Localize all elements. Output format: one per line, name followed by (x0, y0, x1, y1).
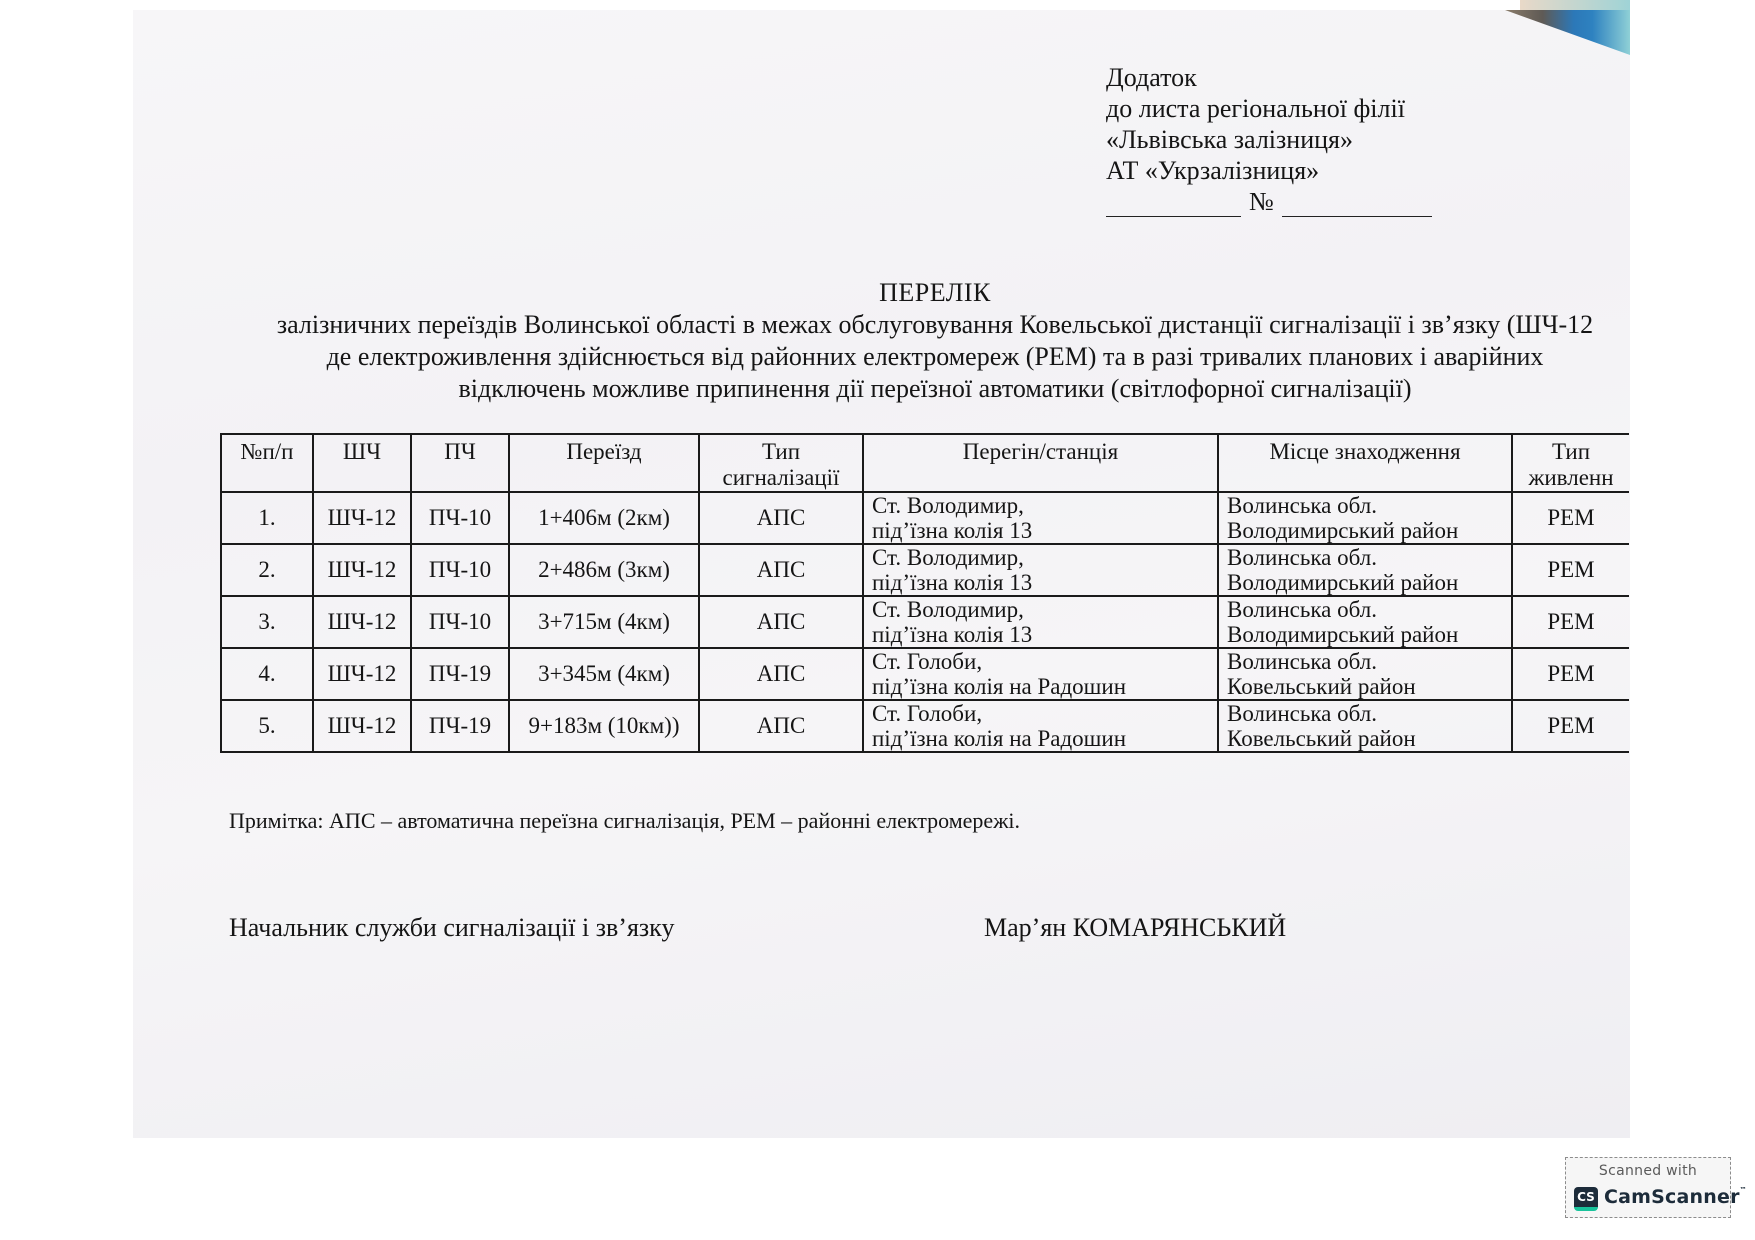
title-line: залізничних переїздів Волинської області… (200, 309, 1670, 341)
header-num: №п/п (221, 434, 313, 492)
cell-signal-type: АПС (699, 648, 863, 700)
header-shch: ШЧ (313, 434, 411, 492)
cell-signal-type: АПС (699, 492, 863, 544)
cell-crossing: 9+183м (10км)) (509, 700, 699, 752)
cell-line: Ст. Володимир, (872, 493, 1209, 518)
footnote: Примітка: АПС – автоматична переїзна сиг… (229, 808, 1020, 834)
cell-location: Волинська обл.Ковельський район (1218, 700, 1512, 752)
cell-num: 3. (221, 596, 313, 648)
cell-line: Волинська обл. (1227, 493, 1503, 518)
trademark: ™ (1740, 1186, 1747, 1194)
cell-line: Володимирський район (1227, 570, 1503, 595)
cell-num: 2. (221, 544, 313, 596)
header-station: Перегін/станція (863, 434, 1218, 492)
cell-signal-type: АПС (699, 544, 863, 596)
cell-shch: ШЧ-12 (313, 492, 411, 544)
cell-line: Ст. Володимир, (872, 545, 1209, 570)
cell-power-type: РЕМ (1512, 700, 1629, 752)
cell-num: 5. (221, 700, 313, 752)
cell-line: Ковельський район (1227, 674, 1503, 699)
cell-line: Волинська обл. (1227, 701, 1503, 726)
cell-station: Ст. Володимир,під’їзна колія 13 (863, 596, 1218, 648)
cell-pch: ПЧ-10 (411, 492, 509, 544)
signatory-name: Мар’ян КОМАРЯНСЬКИЙ (984, 913, 1286, 943)
cell-line: Ковельський район (1227, 726, 1503, 751)
cell-line: Ст. Голоби, (872, 701, 1209, 726)
cell-location: Волинська обл.Володимирський район (1218, 596, 1512, 648)
cell-pch: ПЧ-19 (411, 700, 509, 752)
cell-power-type: РЕМ (1512, 492, 1629, 544)
cell-pch: ПЧ-10 (411, 596, 509, 648)
cell-shch: ШЧ-12 (313, 544, 411, 596)
addendum-block: Додаток до листа регіональної філії «Льв… (1106, 62, 1432, 217)
title-line: де електроживлення здійснюється від райо… (200, 341, 1670, 373)
cell-line: під’їзна колія 13 (872, 518, 1209, 543)
cell-station: Ст. Володимир,під’їзна колія 13 (863, 492, 1218, 544)
title-line: відключень можливе припинення дії переїз… (200, 373, 1670, 405)
header-signal-type: Тип сигналізації (699, 434, 863, 492)
number-sign: № (1249, 186, 1274, 217)
header-line: Тип (1521, 439, 1621, 465)
cell-line: під’їзна колія на Радошин (872, 674, 1209, 699)
cell-station: Ст. Голоби,під’їзна колія на Радошин (863, 648, 1218, 700)
cell-num: 1. (221, 492, 313, 544)
crossings-table: №п/п ШЧ ПЧ Переїзд Тип сигналізації Пере… (220, 433, 1629, 753)
brand-name: CamScanner (1604, 1186, 1740, 1208)
table-row: 2.ШЧ-12ПЧ-102+486м (3км)АПССт. Володимир… (221, 544, 1629, 596)
background-photo-strip (1520, 0, 1630, 10)
cell-shch: ШЧ-12 (313, 596, 411, 648)
cell-crossing: 3+345м (4км) (509, 648, 699, 700)
cell-shch: ШЧ-12 (313, 648, 411, 700)
table-header-row: №п/п ШЧ ПЧ Переїзд Тип сигналізації Пере… (221, 434, 1629, 492)
cell-location: Волинська обл.Володимирський район (1218, 492, 1512, 544)
addendum-line: АТ «Укрзалізниця» (1106, 155, 1432, 186)
cell-crossing: 3+715м (4км) (509, 596, 699, 648)
cell-line: Волинська обл. (1227, 597, 1503, 622)
cell-pch: ПЧ-19 (411, 648, 509, 700)
cell-pch: ПЧ-10 (411, 544, 509, 596)
cell-crossing: 1+406м (2км) (509, 492, 699, 544)
cell-line: Волинська обл. (1227, 545, 1503, 570)
table-row: 1.ШЧ-12ПЧ-101+406м (2км)АПССт. Володимир… (221, 492, 1629, 544)
header-line: сигналізації (708, 465, 854, 491)
camscanner-watermark: Scanned with CS CamScanner™ (1565, 1157, 1731, 1218)
cell-line: Володимирський район (1227, 622, 1503, 647)
cell-power-type: РЕМ (1512, 596, 1629, 648)
cell-signal-type: АПС (699, 596, 863, 648)
table-row: 3.ШЧ-12ПЧ-103+715м (4км)АПССт. Володимир… (221, 596, 1629, 648)
table-row: 4.ШЧ-12ПЧ-193+345м (4км)АПССт. Голоби,пі… (221, 648, 1629, 700)
cell-location: Волинська обл.Ковельський район (1218, 648, 1512, 700)
cell-station: Ст. Голоби,під’їзна колія на Радошин (863, 700, 1218, 752)
header-crossing: Переїзд (509, 434, 699, 492)
scanned-with-label: Scanned with (1566, 1163, 1730, 1179)
document-heading: ПЕРЕЛІК (200, 277, 1670, 309)
number-blank (1282, 194, 1432, 217)
cell-crossing: 2+486м (3км) (509, 544, 699, 596)
header-line: живленн (1521, 465, 1621, 491)
cell-station: Ст. Володимир,під’їзна колія 13 (863, 544, 1218, 596)
signatory-position: Начальник служби сигналізації і зв’язку (229, 913, 674, 943)
cell-power-type: РЕМ (1512, 544, 1629, 596)
addendum-line: Додаток (1106, 62, 1432, 93)
cell-line: під’їзна колія 13 (872, 570, 1209, 595)
cell-line: Волинська обл. (1227, 649, 1503, 674)
camscanner-logo-icon: CS (1574, 1187, 1598, 1211)
cell-power-type: РЕМ (1512, 648, 1629, 700)
cell-signal-type: АПС (699, 700, 863, 752)
document-title-block: ПЕРЕЛІК залізничних переїздів Волинської… (200, 277, 1670, 405)
letter-number-line: № (1106, 186, 1432, 217)
header-location: Місце знаходження (1218, 434, 1512, 492)
date-blank (1106, 194, 1241, 217)
addendum-line: до листа регіональної філії (1106, 93, 1432, 124)
cell-line: під’їзна колія 13 (872, 622, 1209, 647)
cell-line: Володимирський район (1227, 518, 1503, 543)
header-pch: ПЧ (411, 434, 509, 492)
header-line: Тип (708, 439, 854, 465)
addendum-line: «Львівська залізниця» (1106, 124, 1432, 155)
cell-location: Волинська обл.Володимирський район (1218, 544, 1512, 596)
camscanner-brand: CamScanner™ (1604, 1186, 1747, 1208)
cell-line: Ст. Голоби, (872, 649, 1209, 674)
cell-num: 4. (221, 648, 313, 700)
cell-line: Ст. Володимир, (872, 597, 1209, 622)
table-row: 5.ШЧ-12ПЧ-199+183м (10км))АПССт. Голоби,… (221, 700, 1629, 752)
cell-shch: ШЧ-12 (313, 700, 411, 752)
header-power-type: Тип живленн (1512, 434, 1629, 492)
cell-line: під’їзна колія на Радошин (872, 726, 1209, 751)
